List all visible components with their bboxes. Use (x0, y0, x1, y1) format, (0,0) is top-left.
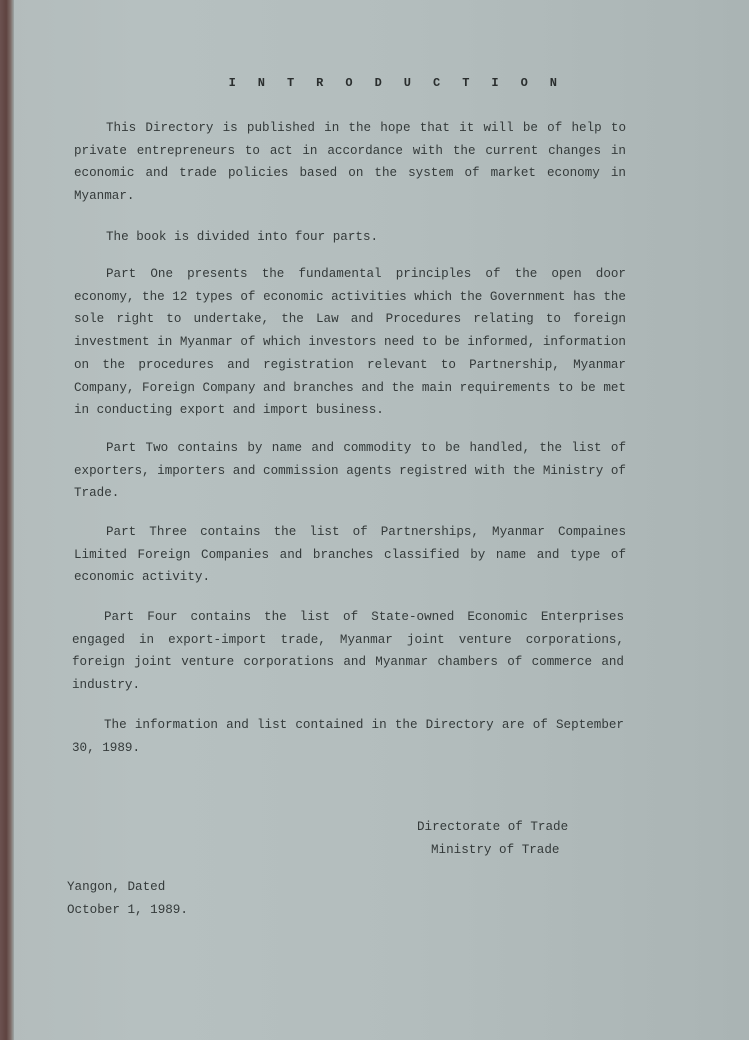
paragraph-part-two: Part Two contains by name and commodity … (74, 437, 626, 505)
paragraph-parts-overview: The book is divided into four parts. (74, 226, 626, 249)
paragraph-text: The book is divided into four parts. (106, 230, 378, 244)
date-line: October 1, 1989. (67, 899, 188, 922)
paragraph-information-date: The information and list contained in th… (72, 714, 624, 759)
paragraph-part-three: Part Three contains the list of Partners… (74, 521, 626, 589)
paragraph-text: This Directory is published in the hope … (74, 121, 626, 203)
signature-directorate: Directorate of Trade (417, 816, 568, 839)
paragraph-text: The information and list contained in th… (72, 718, 624, 755)
paragraph-text: Part Two contains by name and commodity … (74, 441, 626, 500)
place-line: Yangon, Dated (67, 876, 165, 899)
paragraph-text: Part One presents the fundamental princi… (74, 267, 626, 417)
book-binding-edge (0, 0, 14, 1040)
paragraph-text: Part Four contains the list of State-own… (72, 610, 624, 692)
paragraph-text: Part Three contains the list of Partners… (74, 525, 626, 584)
paragraph-purpose: This Directory is published in the hope … (74, 117, 626, 208)
page-title: I N T R O D U C T I O N (0, 76, 749, 90)
paragraph-part-one: Part One presents the fundamental princi… (74, 263, 626, 422)
document-page: I N T R O D U C T I O N This Directory i… (0, 0, 749, 1040)
signature-ministry: Ministry of Trade (431, 839, 559, 862)
paragraph-part-four: Part Four contains the list of State-own… (72, 606, 624, 697)
